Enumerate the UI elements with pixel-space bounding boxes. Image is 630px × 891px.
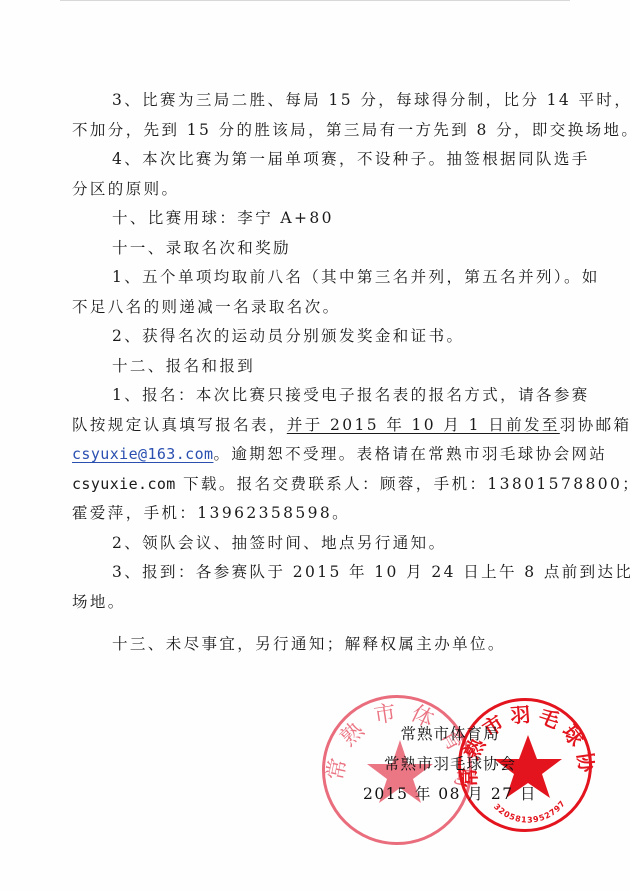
issuer-sports-bureau: 常熟市体育局 <box>330 722 570 744</box>
document-body: 3、比赛为三局二胜、每局 15 分，每球得分制，比分 14 平时， 不加分，先到… <box>72 86 580 660</box>
email-link[interactable]: csyuxie@163.com <box>72 445 213 463</box>
section-12-item-1-line-2: 队按规定认真填写报名表，并于 2015 年 10 月 1 日前发至羽协邮箱： <box>72 411 580 441</box>
section-11-item-2: 2、获得名次的运动员分别颁发奖金和证书。 <box>72 322 580 352</box>
website-text: csyuxie.com <box>72 475 176 493</box>
rule-4-line-1: 4、本次比赛为第一届单项赛，不设种子。抽签根据同队选手 <box>72 145 580 175</box>
section-11-item-1-line-1: 1、五个单项均取前八名（其中第三名并列，第五名并列）。如 <box>72 263 580 293</box>
rule-3-line-2: 不加分，先到 15 分的胜该局，第三局有一方先到 8 分，即交换场地。 <box>72 116 580 146</box>
section-13: 十三、未尽事宜，另行通知；解释权属主办单位。 <box>72 630 580 660</box>
section-12-item-3-line-2: 场地。 <box>72 588 580 618</box>
issuer-badminton-association: 常熟市羽毛球协会 <box>330 752 570 774</box>
section-11-heading: 十一、录取名次和奖励 <box>72 234 580 264</box>
issue-date: 2015 年 08 月 27 日 <box>330 782 570 804</box>
section-12-item-3-line-1: 3、报到：各参赛队于 2015 年 10 月 24 日上午 8 点前到达比赛 <box>72 558 580 588</box>
rule-4-line-2: 分区的原则。 <box>72 175 580 205</box>
document-page: 3、比赛为三局二胜、每局 15 分，每球得分制，比分 14 平时， 不加分，先到… <box>0 0 630 891</box>
section-12-item-1-line-5: 霍爱萍，手机：13962358598。 <box>72 499 580 529</box>
section-12-item-1-line-4: csyuxie.com 下载。报名交费联系人：顾蓉，手机：13801578800… <box>72 470 580 500</box>
rule-3-line-1: 3、比赛为三局二胜、每局 15 分，每球得分制，比分 14 平时， <box>72 86 580 116</box>
top-edge-rule <box>60 0 570 1</box>
section-11-item-1-line-2: 不足八名的则递减一名录取名次。 <box>72 293 580 323</box>
section-12-item-2: 2、领队会议、抽签时间、地点另行通知。 <box>72 529 580 559</box>
section-12-item-1-line-1: 1、报名：本次比赛只接受电子报名表的报名方式，请各参赛 <box>72 381 580 411</box>
mailbox-label: 羽协邮箱： <box>560 416 630 434</box>
section-12-item-1-line-3: csyuxie@163.com。逾期恕不受理。表格请在常熟市羽毛球协会网站 <box>72 440 580 470</box>
contact-text: 下载。报名交费联系人：顾蓉，手机：13801578800； <box>176 475 630 493</box>
registration-deadline-underlined: 并于 2015 年 10 月 1 日前发至 <box>287 416 560 434</box>
registration-instruction-text: 队按规定认真填写报名表， <box>72 416 287 434</box>
section-12-heading: 十二、报名和报到 <box>72 352 580 382</box>
section-10-shuttlecock: 十、比赛用球：李宁 A+80 <box>72 204 580 234</box>
late-notice-text: 。逾期恕不受理。表格请在常熟市羽毛球协会网站 <box>213 445 607 463</box>
